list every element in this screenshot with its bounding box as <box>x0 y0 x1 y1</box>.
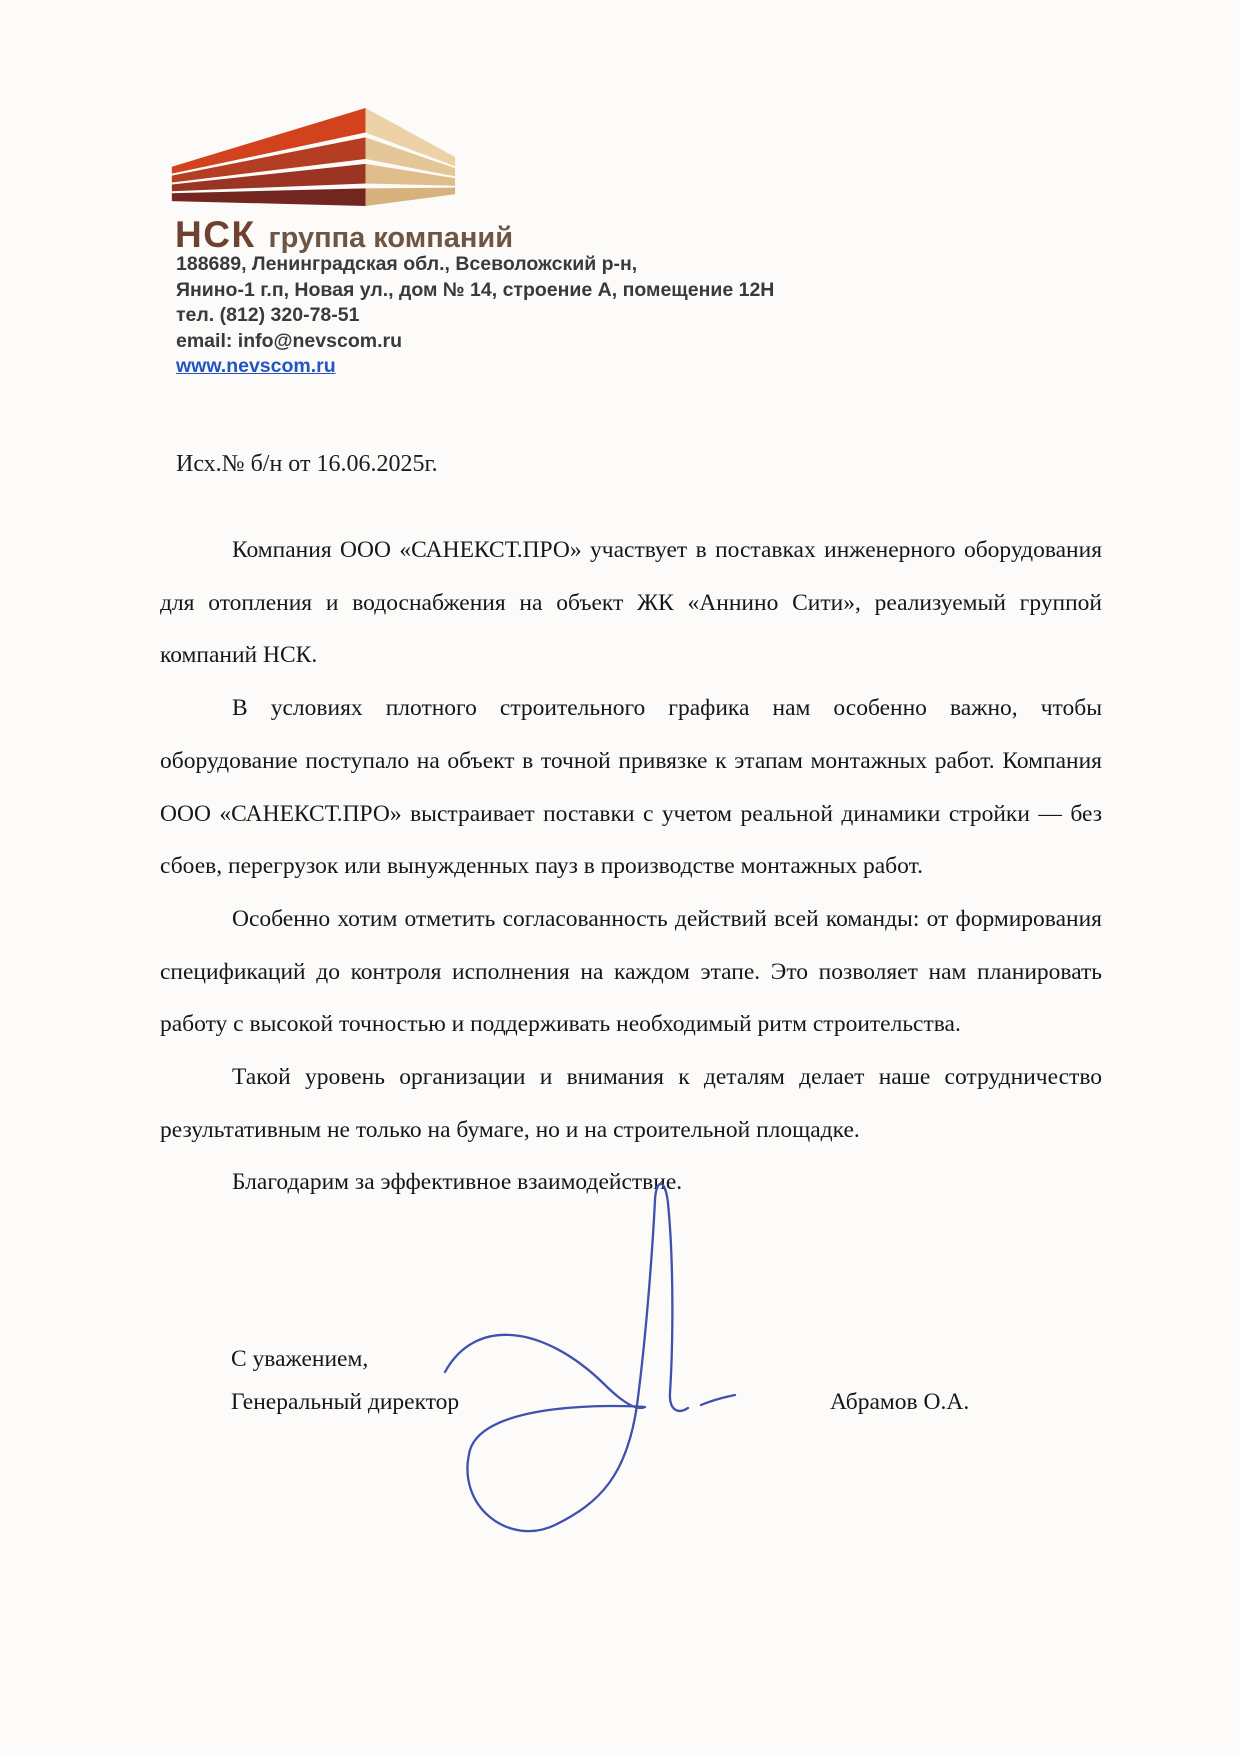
brand-tagline: группа компаний <box>269 222 514 255</box>
letter-paragraph: Компания ООО «САНЕКСТ.ПРО» участвует в п… <box>160 524 1102 682</box>
letter-paragraph: Благодарим за эффективное взаимодействие… <box>160 1156 1102 1209</box>
email-line: email: info@nevscom.ru <box>176 329 774 355</box>
website-link[interactable]: www.nevscom.ru <box>176 355 336 378</box>
signer-name: Абрамов О.А. <box>830 1389 969 1416</box>
signer-position: Генеральный директор <box>231 1389 459 1416</box>
letter-paragraph: В условиях плотного строительного график… <box>160 682 1102 893</box>
address-line-1: 188689, Ленинградская обл., Всеволожский… <box>176 252 774 278</box>
reference-line: Исх.№ б/н от 16.06.2025г. <box>176 451 438 478</box>
company-building-logo-icon <box>166 108 458 206</box>
letter-page: НСК группа компаний 188689, Ленинградска… <box>0 0 1240 1755</box>
handwritten-signature-ink <box>415 1155 745 1545</box>
letter-paragraph: Такой уровень организации и внимания к д… <box>160 1051 1102 1156</box>
address-line-2: Янино-1 г.п, Новая ул., дом № 14, строен… <box>176 278 774 304</box>
phone-line: тел. (812) 320-78-51 <box>176 303 774 329</box>
closing-salutation: С уважением, <box>231 1346 368 1373</box>
letterhead-address: 188689, Ленинградская обл., Всеволожский… <box>176 252 774 354</box>
brand-line: НСК группа компаний <box>175 214 513 256</box>
brand-name: НСК <box>175 214 256 256</box>
letter-body: Компания ООО «САНЕКСТ.ПРО» участвует в п… <box>160 524 1102 1209</box>
letter-paragraph: Особенно хотим отметить согласованность … <box>160 893 1102 1051</box>
